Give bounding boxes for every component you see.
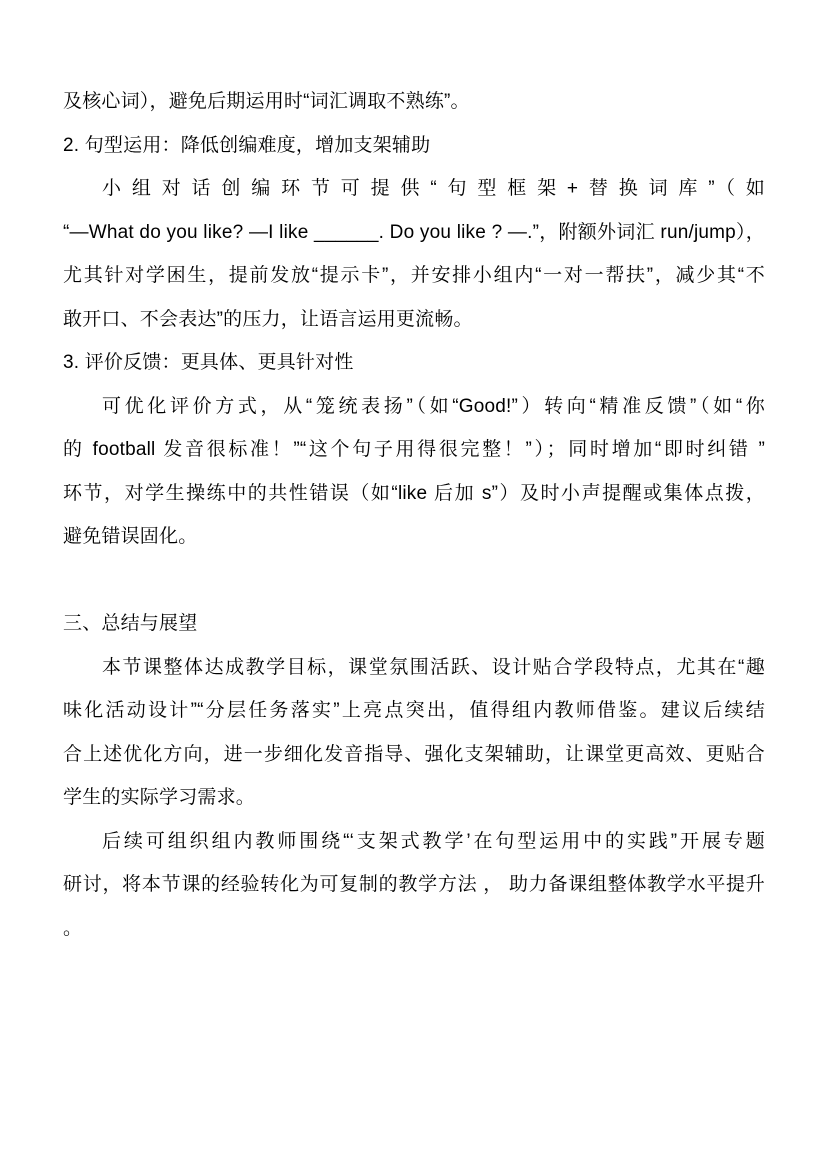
text-line: 环节，对学生操练中的共性错误（如“like 后加 s”）及时小声提醒或集体点拨， — [63, 472, 765, 516]
text-line: 的 football 发音很标准！”“这个句子用得很完整！”）；同时增加“即时纠… — [63, 428, 765, 472]
text-line: 可优化评价方式，从“笼统表扬”（如“Good!”）转向“精准反馈”（如“你 — [63, 385, 765, 429]
text-line: 合上述优化方向，进一步细化发音指导、强化支架辅助，让课堂更高效、更贴合 — [63, 733, 765, 777]
text-line: 避免错误固化。 — [63, 515, 765, 559]
text-line: 小组对话创编环节可提供“句型框架+替换词库”（如 — [63, 167, 765, 211]
text-line: 本节课整体达成教学目标，课堂氛围活跃、设计贴合学段特点，尤其在“趣 — [63, 646, 765, 690]
text-line: 及核心词），避免后期运用时“词汇调取不熟练”。 — [63, 80, 765, 124]
text-line: 味化活动设计”“分层任务落实”上亮点突出，值得组内教师借鉴。建议后续结 — [63, 689, 765, 733]
text-line-heading-2: 2. 句型运用：降低创编难度，增加支架辅助 — [63, 124, 765, 168]
text-line-english-example: “—What do you like? —I like ______. Do y… — [63, 211, 765, 255]
text-line: 学生的实际学习需求。 — [63, 776, 765, 820]
text-line: 尤其针对学困生，提前发放“提示卡”，并安排小组内“一对一帮扶”，减少其“不 — [63, 254, 765, 298]
text-line: 研讨，将本节课的经验转化为可复制的教学方法 ， 助力备课组整体教学水平提升 。 — [63, 863, 765, 950]
document-page: 及核心词），避免后期运用时“词汇调取不熟练”。 2. 句型运用：降低创编难度，增… — [0, 0, 827, 1170]
blank-line — [63, 559, 765, 603]
text-line-heading-3: 3. 评价反馈：更具体、更具针对性 — [63, 341, 765, 385]
section-heading: 三、总结与展望 — [63, 602, 765, 646]
text-line: 后续可组织组内教师围绕“‘支架式教学’在句型运用中的实践”开展专题 — [63, 820, 765, 864]
text-line: 敢开口、不会表达”的压力，让语言运用更流畅。 — [63, 298, 765, 342]
